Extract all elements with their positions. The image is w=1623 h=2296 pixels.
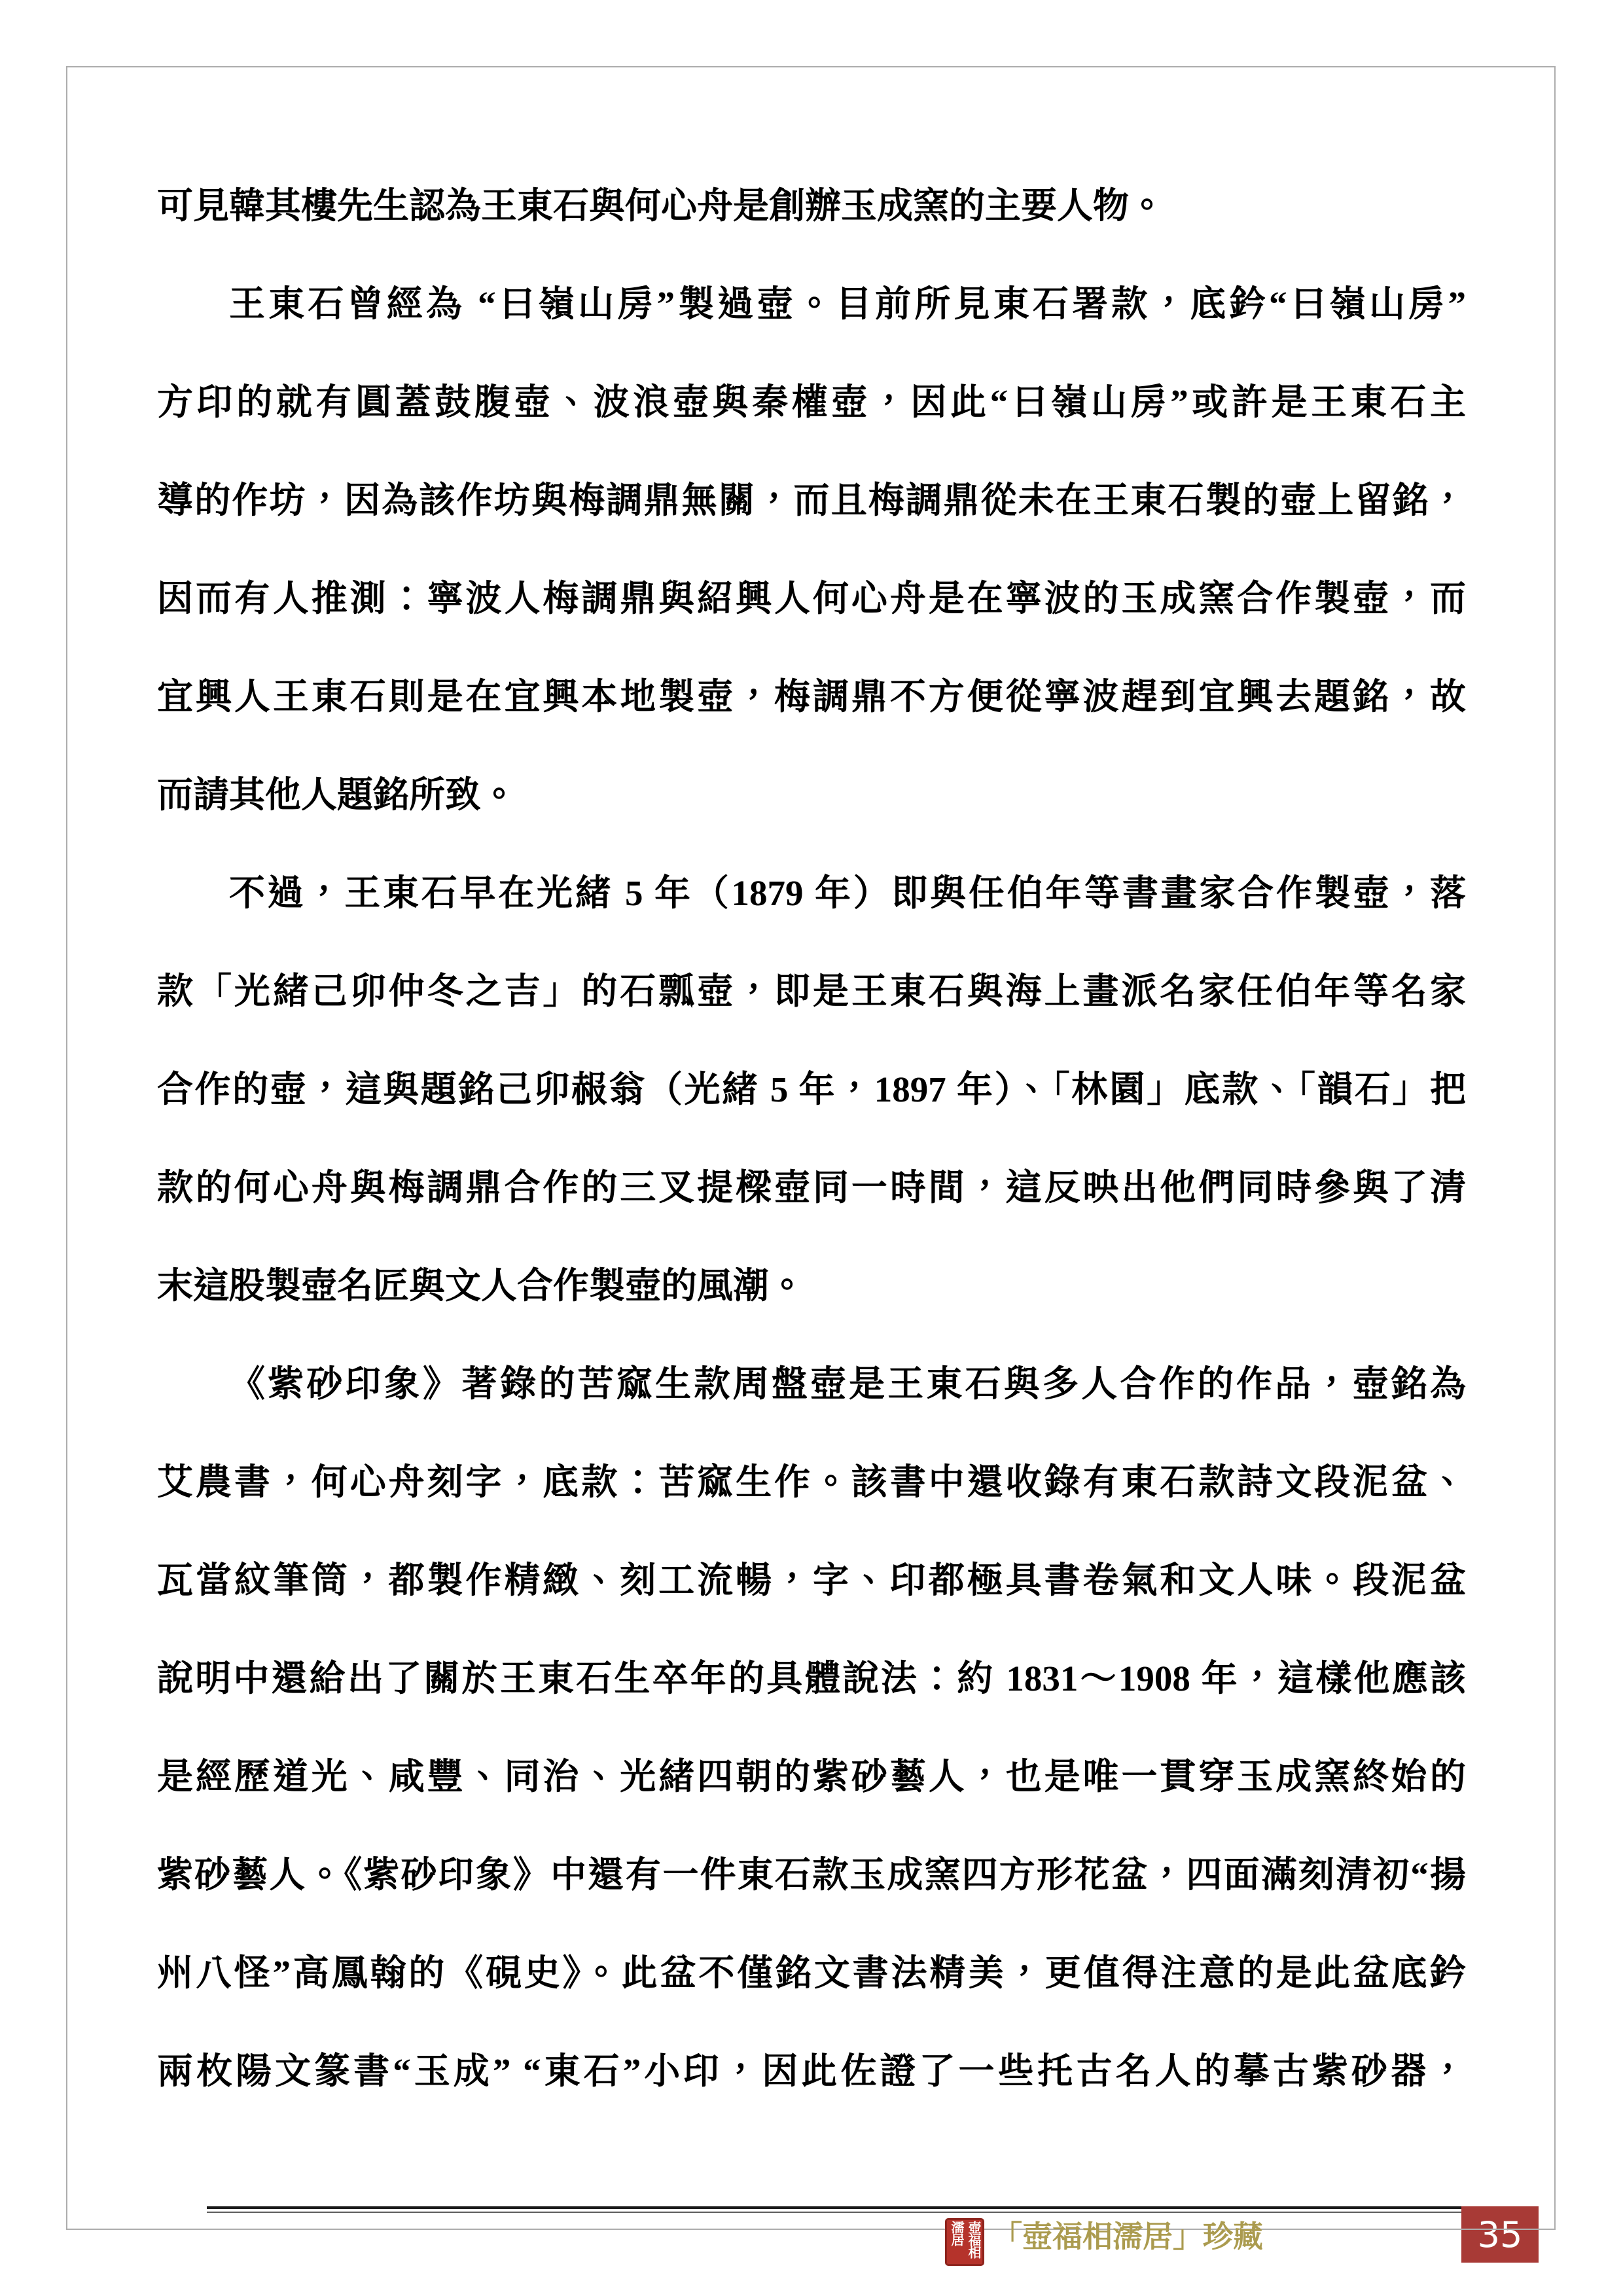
body-text: 可見韓其樓先生認為王東石與何心舟是創辦玉成窯的主要人物。 王東石曾經為 “曰嶺山… xyxy=(157,157,1466,2121)
page-number: 35 xyxy=(1461,2206,1539,2263)
text-line: 不過，王東石早在光緒 5 年（1879 年）即與任伯年等書畫家合作製壺，落 xyxy=(157,844,1466,942)
page-number-badge: 35 xyxy=(1461,2206,1539,2263)
text-line: 瓦當紋筆筒，都製作精緻、刻工流暢，字、印都極具書卷氣和文人味。段泥盆 xyxy=(157,1532,1466,1630)
text-line: 兩枚陽文篆書“玉成” “東石”小印，因此佐證了一些托古名人的摹古紫砂器， xyxy=(157,2022,1466,2121)
text-line: 末這股製壺名匠與文人合作製壺的風潮。 xyxy=(157,1237,1466,1335)
document-page: { "body": { "lines": [ {"text": "可見韓其樓先生… xyxy=(0,0,1623,2296)
text-line: 紫砂藝人。《紫砂印象》中還有一件東石款玉成窯四方形花盆，四面滿刻清初“揚 xyxy=(157,1826,1466,1924)
text-line: 方印的就有圓蓋鼓腹壺、波浪壺與秦權壺，因此“曰嶺山房”或許是王東石主 xyxy=(157,353,1466,452)
text-line: 宜興人王東石則是在宜興本地製壺，梅調鼎不方便從寧波趕到宜興去題銘，故 xyxy=(157,648,1466,746)
text-line: 說明中還給出了關於王東石生卒年的具體說法：約 1831～1908 年，這樣他應該 xyxy=(157,1630,1466,1728)
text-line: 而請其他人題銘所致。 xyxy=(157,746,1466,844)
text-line: 款「光緒己卯仲冬之吉」的石瓢壺，即是王東石與海上畫派名家任伯年等名家 xyxy=(157,942,1466,1041)
text-line: 導的作坊，因為該作坊與梅調鼎無關，而且梅調鼎從未在王東石製的壺上留銘， xyxy=(157,452,1466,550)
text-line: 是經歷道光、咸豐、同治、光緒四朝的紫砂藝人，也是唯一貫穿玉成窯終始的 xyxy=(157,1728,1466,1826)
text-line: 《紫砂印象》著錄的苦窳生款周盤壺是王東石與多人合作的作品，壺銘為 xyxy=(157,1335,1466,1433)
footer-divider-line-thin xyxy=(207,2212,1461,2213)
text-line: 款的何心舟與梅調鼎合作的三叉提樑壺同一時間，這反映出他們同時參與了清 xyxy=(157,1139,1466,1237)
text-line: 合作的壺，這與題銘己卯赧翁（光緒 5 年，1897 年）、「林園」底款、「韻石」… xyxy=(157,1041,1466,1139)
collection-seal-icon: 壺福相濡居 xyxy=(945,2218,984,2266)
footer-divider-line xyxy=(207,2206,1461,2209)
text-line: 王東石曾經為 “曰嶺山房”製過壺。目前所見東石署款，底鈐“曰嶺山房” xyxy=(157,255,1466,353)
text-line: 艾農書，何心舟刻字，底款：苦窳生作。該書中還收錄有東石款詩文段泥盆、 xyxy=(157,1433,1466,1532)
text-line: 可見韓其樓先生認為王東石與何心舟是創辦玉成窯的主要人物。 xyxy=(157,157,1466,255)
collection-label: 「壺福相濡居」珍藏 xyxy=(992,2217,1263,2257)
text-line: 州八怪”高鳳翰的《硯史》。此盆不僅銘文書法精美，更值得注意的是此盆底鈐 xyxy=(157,1924,1466,2022)
text-line: 因而有人推測：寧波人梅調鼎與紹興人何心舟是在寧波的玉成窯合作製壺，而 xyxy=(157,550,1466,648)
